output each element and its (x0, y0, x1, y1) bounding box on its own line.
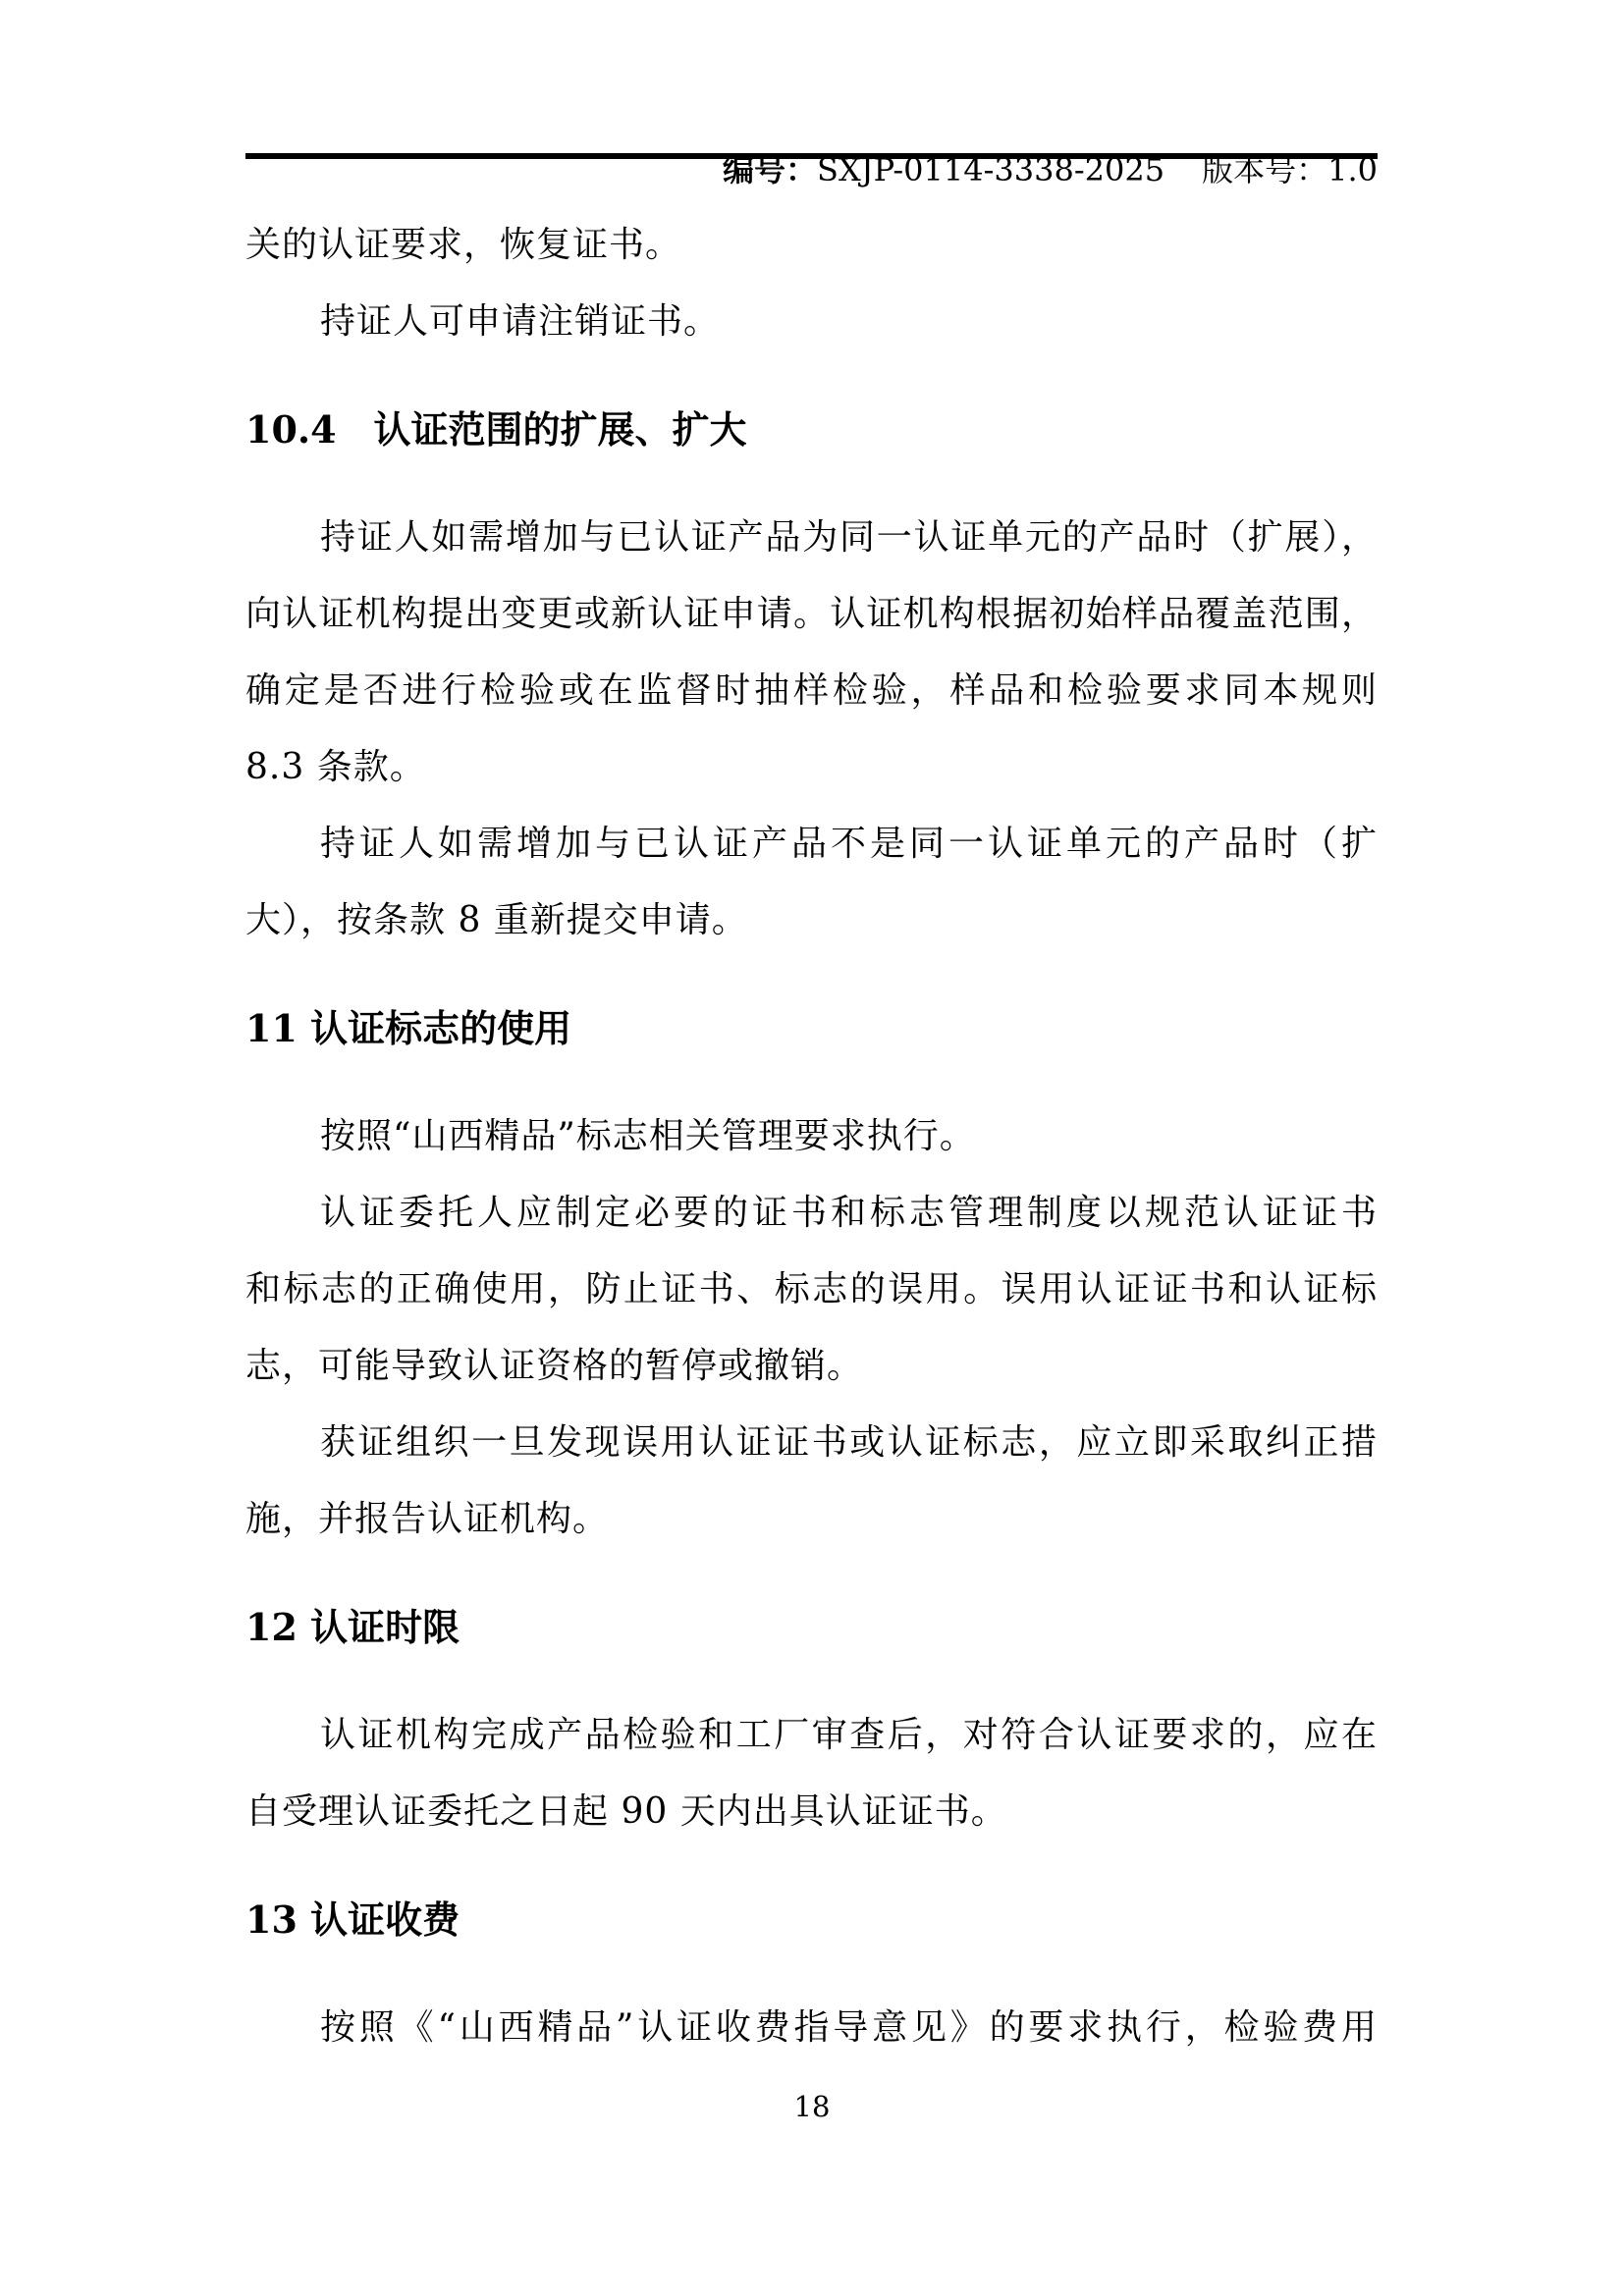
body-text-line: 施，并报告认证机构。 (245, 1481, 1378, 1558)
section-heading: 11 认证标志的使用 (245, 990, 1378, 1067)
section-heading: 13 认证收费 (245, 1882, 1378, 1958)
body-text-line: 认证委托人应制定必要的证书和标志管理制度以规范认证证书 (245, 1175, 1378, 1252)
body-text-line: 向认证机构提出变更或新认证申请。认证机构根据初始样品覆盖范围， (245, 576, 1378, 653)
body-text-line: 8.3 条款。 (245, 729, 1378, 806)
body-text-line: 持证人可申请注销证书。 (245, 284, 1378, 360)
page-number: 18 (794, 2090, 831, 2123)
body-text-line: 获证组织一旦发现误用认证证书或认证标志，应立即采取纠正措 (245, 1405, 1378, 1481)
page-footer: 18 (0, 2089, 1624, 2124)
section-heading: 12 认证时限 (245, 1589, 1378, 1666)
body-text-line: 大），按条款 8 重新提交申请。 (245, 882, 1378, 959)
body-text-line: 确定是否进行检验或在监督时抽样检验，样品和检验要求同本规则 (245, 653, 1378, 729)
section-heading: 10.4 认证范围的扩展、扩大 (245, 392, 1378, 468)
body-text-line: 自受理认证委托之日起 90 天内出具认证证书。 (245, 1774, 1378, 1850)
document-page: 编号：SXJP-0114-3338-2025版本号：1.0 关的认证要求，恢复证… (0, 0, 1624, 2296)
body-text-line: 关的认证要求，恢复证书。 (245, 207, 1378, 284)
body-text-line: 和标志的正确使用，防止证书、标志的误用。误用认证证书和认证标 (245, 1252, 1378, 1328)
body-text-line: 按照《“山西精品”认证收费指导意见》的要求执行，检验费用 (245, 1990, 1378, 2066)
body-text-line: 持证人如需增加与已认证产品为同一认证单元的产品时（扩展）， (245, 500, 1378, 576)
body-text-line: 持证人如需增加与已认证产品不是同一认证单元的产品时（扩 (245, 806, 1378, 882)
header-divider (245, 153, 1378, 159)
document-body: 关的认证要求，恢复证书。持证人可申请注销证书。10.4 认证范围的扩展、扩大持证… (245, 207, 1378, 2066)
body-text-line: 认证机构完成产品检验和工厂审查后，对符合认证要求的，应在 (245, 1697, 1378, 1774)
body-text-line: 按照“山西精品”标志相关管理要求执行。 (245, 1098, 1378, 1175)
body-text-line: 志，可能导致认证资格的暂停或撤销。 (245, 1328, 1378, 1405)
